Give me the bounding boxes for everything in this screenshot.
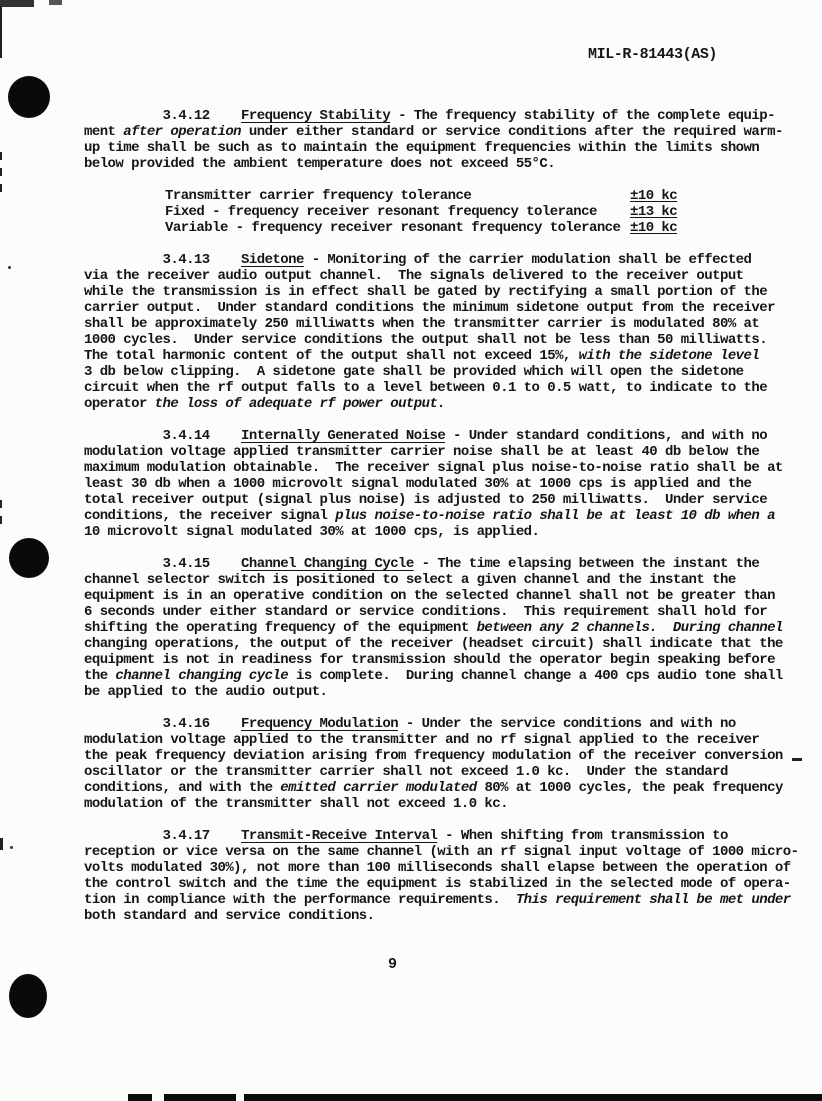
text-segment: the loss of adequate rf power output. [155, 396, 446, 412]
scan-edge-artifact [152, 1093, 164, 1101]
text-segment: is complete. During channel change a 400… [288, 668, 783, 684]
text-segment: volts modulated 30%), not more than 100 … [84, 860, 791, 876]
text-line: 3.4.17 Transmit-Receive Interval - When … [84, 828, 822, 844]
section-3-4-15: 3.4.15 Channel Changing Cycle - The time… [84, 556, 822, 700]
text-line: least 30 db when a 1000 microvolt signal… [84, 476, 822, 492]
scan-edge-artifact [0, 838, 3, 850]
text-line: 3.4.13 Sidetone - Monitoring of the carr… [84, 252, 822, 268]
text-segment: 6 seconds under either standard or servi… [84, 604, 767, 620]
text-line: shifting the operating frequency of the … [84, 620, 822, 636]
tolerance-value: ±10 kc [630, 220, 677, 236]
tolerance-label: Transmitter carrier frequency tolerance [165, 188, 630, 204]
text-line: oscillator or the transmitter carrier sh… [84, 764, 822, 780]
text-segment: up time shall be such as to maintain the… [84, 140, 759, 156]
tolerance-table: Transmitter carrier frequency tolerance±… [165, 188, 822, 236]
text-segment: 3 db below clipping. A sidetone gate sha… [84, 364, 744, 380]
text-segment: emitted carrier modulated [280, 780, 476, 796]
text-line: carrier output. Under standard condition… [84, 300, 822, 316]
scan-edge-artifact [0, 152, 2, 160]
text-segment: 3.4.17 [84, 828, 241, 844]
text-segment: operator [84, 396, 155, 412]
text-segment: The total harmonic content of the output… [84, 348, 579, 364]
text-segment: maximum modulation obtainable. The recei… [84, 460, 783, 476]
scan-edge-artifact [0, 184, 2, 192]
text-line: maximum modulation obtainable. The recei… [84, 460, 822, 476]
document-body: 3.4.12 Frequency Stability - The frequen… [84, 108, 822, 940]
tolerance-label: Variable - frequency receiver resonant f… [165, 220, 630, 236]
tolerance-row: Transmitter carrier frequency tolerance±… [165, 188, 822, 204]
text-segment: 3.4.16 [84, 716, 241, 732]
text-segment: the peak frequency deviation arising fro… [84, 748, 783, 764]
tolerance-label: Fixed - frequency receiver resonant freq… [165, 204, 630, 220]
scan-speck [8, 266, 11, 269]
text-line: 3 db below clipping. A sidetone gate sha… [84, 364, 822, 380]
text-line: both standard and service conditions. [84, 908, 822, 924]
tolerance-row: Variable - frequency receiver resonant f… [165, 220, 822, 236]
text-line: equipment is in an operative condition o… [84, 588, 822, 604]
tolerance-value: ±13 kc [630, 204, 677, 220]
doc-number: MIL-R-81443(AS) [588, 46, 717, 63]
text-line: equipment is not in readiness for transm… [84, 652, 822, 668]
text-segment: with the sidetone level [579, 348, 760, 364]
text-segment: 3.4.14 [84, 428, 241, 444]
text-segment: channel selector switch is positioned to… [84, 572, 736, 588]
section-3-4-14: 3.4.14 Internally Generated Noise - Unde… [84, 428, 822, 540]
text-segment: - Under standard conditions, and with no [445, 428, 767, 444]
text-segment: modulation voltage applied to the transm… [84, 732, 759, 748]
text-segment: modulation voltage applied transmitter c… [84, 444, 759, 460]
text-line: conditions, the receiver signal plus noi… [84, 508, 822, 524]
scan-edge-artifact [49, 0, 62, 5]
text-line: modulation of the transmitter shall not … [84, 796, 822, 812]
text-segment: oscillator or the transmitter carrier sh… [84, 764, 728, 780]
text-segment: - When shifting from transmission to [437, 828, 728, 844]
binder-hole-mark [8, 76, 50, 118]
section-3-4-16: 3.4.16 Frequency Modulation - Under the … [84, 716, 822, 812]
section-title: Transmit-Receive Interval [241, 828, 437, 844]
text-segment: - Monitoring of the carrier modulation s… [304, 252, 752, 268]
text-segment: ment [84, 124, 123, 140]
section-title: Frequency Stability [241, 108, 390, 124]
text-line: the control switch and the time the equi… [84, 876, 822, 892]
text-line: 10 microvolt signal modulated 30% at 100… [84, 524, 822, 540]
section-title: Sidetone [241, 252, 304, 268]
text-line: 3.4.16 Frequency Modulation - Under the … [84, 716, 822, 732]
text-line: the channel changing cycle is complete. … [84, 668, 822, 684]
scan-edge-artifact [0, 168, 2, 176]
text-segment: tion in compliance with the performance … [84, 892, 516, 908]
section-title: Channel Changing Cycle [241, 556, 414, 572]
text-line: total receiver output (signal plus noise… [84, 492, 822, 508]
text-segment: carrier output. Under standard condition… [84, 300, 775, 316]
text-segment: This requirement shall be met under [516, 892, 791, 908]
text-segment: 3.4.15 [84, 556, 241, 572]
text-line: changing operations, the output of the r… [84, 636, 822, 652]
section-title: Internally Generated Noise [241, 428, 445, 444]
text-segment: - The frequency stability of the complet… [390, 108, 775, 124]
text-segment: shall be approximately 250 milliwatts wh… [84, 316, 759, 332]
text-line: the peak frequency deviation arising fro… [84, 748, 822, 764]
text-segment: conditions, and with the [84, 780, 280, 796]
text-segment: 3.4.12 [84, 108, 241, 124]
text-line: be applied to the audio output. [84, 684, 822, 700]
text-line: conditions, and with the emitted carrier… [84, 780, 822, 796]
text-segment: both standard and service conditions. [84, 908, 375, 924]
text-line: up time shall be such as to maintain the… [84, 140, 822, 156]
text-segment: - Under the service conditions and with … [398, 716, 736, 732]
text-segment: modulation of the transmitter shall not … [84, 796, 508, 812]
scan-edge-artifact [236, 1093, 244, 1101]
text-line: 1000 cycles. Under service conditions th… [84, 332, 822, 348]
text-segment: below provided the ambient temperature d… [84, 156, 555, 172]
text-segment: shifting the operating frequency of the … [84, 620, 477, 636]
text-line: 6 seconds under either standard or servi… [84, 604, 822, 620]
scan-edge-artifact [0, 6, 2, 58]
tolerance-value: ±10 kc [630, 188, 677, 204]
text-segment: between any 2 channels. During channel [477, 620, 783, 636]
text-line: while the transmission is in effect shal… [84, 284, 822, 300]
text-segment: under either standard or service conditi… [241, 124, 783, 140]
text-line: ment after operation under either standa… [84, 124, 822, 140]
text-line: operator the loss of adequate rf power o… [84, 396, 822, 412]
tolerance-row: Fixed - frequency receiver resonant freq… [165, 204, 822, 220]
text-line: 3.4.15 Channel Changing Cycle - The time… [84, 556, 822, 572]
text-segment: total receiver output (signal plus noise… [84, 492, 767, 508]
text-segment: reception or vice versa on the same chan… [84, 844, 798, 860]
text-line: shall be approximately 250 milliwatts wh… [84, 316, 822, 332]
scan-edge-artifact [0, 0, 34, 7]
binder-hole-mark [9, 974, 47, 1018]
scan-edge-artifact [128, 1094, 822, 1101]
text-segment: changing operations, the output of the r… [84, 636, 783, 652]
scan-edge-artifact [0, 500, 2, 508]
text-line: modulation voltage applied to the transm… [84, 732, 822, 748]
text-segment: 3.4.13 [84, 252, 241, 268]
text-segment: equipment is not in readiness for transm… [84, 652, 775, 668]
text-line: tion in compliance with the performance … [84, 892, 822, 908]
text-segment: while the transmission is in effect shal… [84, 284, 767, 300]
text-segment: via the receiver audio output channel. T… [84, 268, 744, 284]
text-segment: 80% at 1000 cycles, the peak frequency [477, 780, 783, 796]
text-segment: - The time elapsing between the instant … [414, 556, 759, 572]
text-line: The total harmonic content of the output… [84, 348, 822, 364]
section-3-4-13: 3.4.13 Sidetone - Monitoring of the carr… [84, 252, 822, 412]
text-segment: plus noise-to-noise ratio shall be at le… [335, 508, 775, 524]
text-line: 3.4.14 Internally Generated Noise - Unde… [84, 428, 822, 444]
text-segment: the [84, 668, 115, 684]
text-line: 3.4.12 Frequency Stability - The frequen… [84, 108, 822, 124]
text-segment: 10 microvolt signal modulated 30% at 100… [84, 524, 539, 540]
text-segment: be applied to the audio output. [84, 684, 327, 700]
text-segment: after operation [123, 124, 241, 140]
text-segment: circuit when the rf output falls to a le… [84, 380, 767, 396]
section-3-4-12: 3.4.12 Frequency Stability - The frequen… [84, 108, 822, 172]
text-line: channel selector switch is positioned to… [84, 572, 822, 588]
scan-edge-artifact [0, 516, 2, 524]
document-page: { "page": { "doc_number": "MIL-R-81443(A… [0, 0, 822, 1101]
text-segment: conditions, the receiver signal [84, 508, 335, 524]
text-line: circuit when the rf output falls to a le… [84, 380, 822, 396]
text-line: via the receiver audio output channel. T… [84, 268, 822, 284]
text-segment: least 30 db when a 1000 microvolt signal… [84, 476, 751, 492]
text-segment: equipment is in an operative condition o… [84, 588, 775, 604]
text-line: modulation voltage applied transmitter c… [84, 444, 822, 460]
binder-hole-mark [9, 538, 49, 578]
section-title: Frequency Modulation [241, 716, 398, 732]
text-line: below provided the ambient temperature d… [84, 156, 822, 172]
section-3-4-17: 3.4.17 Transmit-Receive Interval - When … [84, 828, 822, 924]
text-line: volts modulated 30%), not more than 100 … [84, 860, 822, 876]
text-segment: the control switch and the time the equi… [84, 876, 791, 892]
text-segment: 1000 cycles. Under service conditions th… [84, 332, 767, 348]
text-segment: channel changing cycle [115, 668, 288, 684]
scan-speck [10, 846, 13, 849]
page-number: 9 [388, 956, 397, 973]
text-line: reception or vice versa on the same chan… [84, 844, 822, 860]
